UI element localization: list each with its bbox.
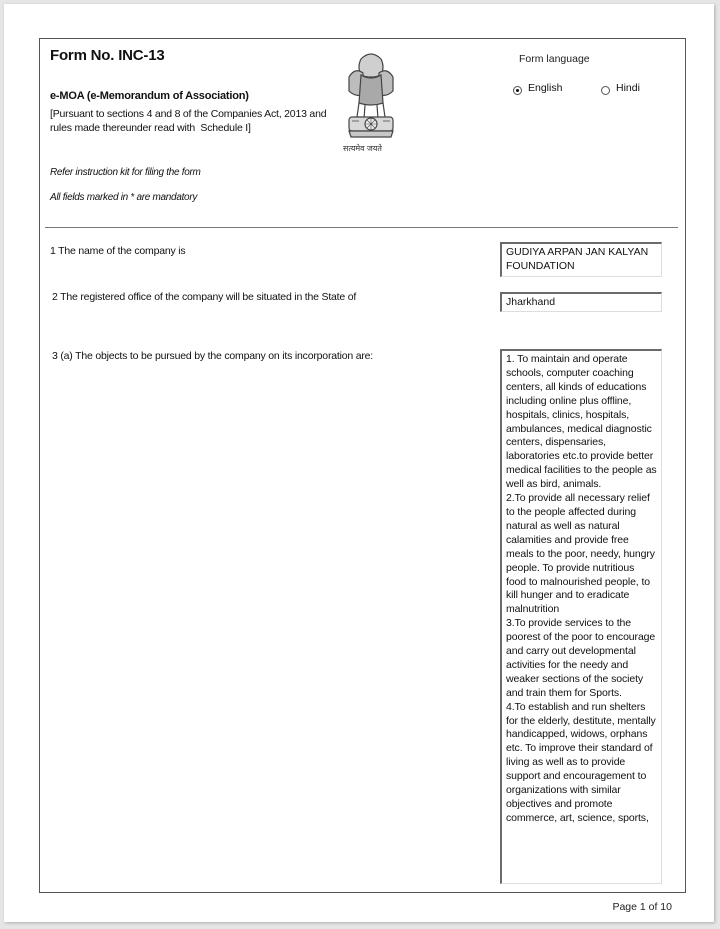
document-page: Form No. INC-13 e-MOA (e-Memorandum of A… [4,4,714,922]
form-title: e-MOA (e-Memorandum of Association) [50,90,249,102]
form-number: Form No. INC-13 [50,47,165,64]
form-language-label: Form language [519,53,590,65]
form-frame: Form No. INC-13 e-MOA (e-Memorandum of A… [39,38,686,893]
radio-checked-icon[interactable] [513,86,522,95]
objects-textarea[interactable]: 1. To maintain and operate schools, comp… [500,349,662,884]
page-indicator: Page 1 of 10 [612,901,672,913]
radio-option-english[interactable]: English [513,81,562,95]
radio-label-hindi: Hindi [616,82,640,94]
pursuant-text: [Pursuant to sections 4 and 8 of the Com… [50,107,330,135]
radio-label-english: English [528,82,562,94]
radio-unchecked-icon[interactable] [601,86,610,95]
mandatory-note: All fields marked in * are mandatory [50,192,197,203]
objects-label: 3 (a) The objects to be pursued by the c… [52,350,373,362]
header-divider [45,227,678,228]
emblem-motto: सत्यमेव जयते [343,143,382,154]
company-name-field[interactable]: GUDIYA ARPAN JAN KALYAN FOUNDATION [500,242,662,277]
registered-state-label: 2 The registered office of the company w… [52,291,356,303]
radio-option-hindi[interactable]: Hindi [601,81,640,95]
registered-state-field[interactable]: Jharkhand [500,292,662,312]
instruction-note: Refer instruction kit for filing the for… [50,167,201,178]
company-name-label: 1 The name of the company is [50,245,185,257]
national-emblem-icon [341,47,401,155]
